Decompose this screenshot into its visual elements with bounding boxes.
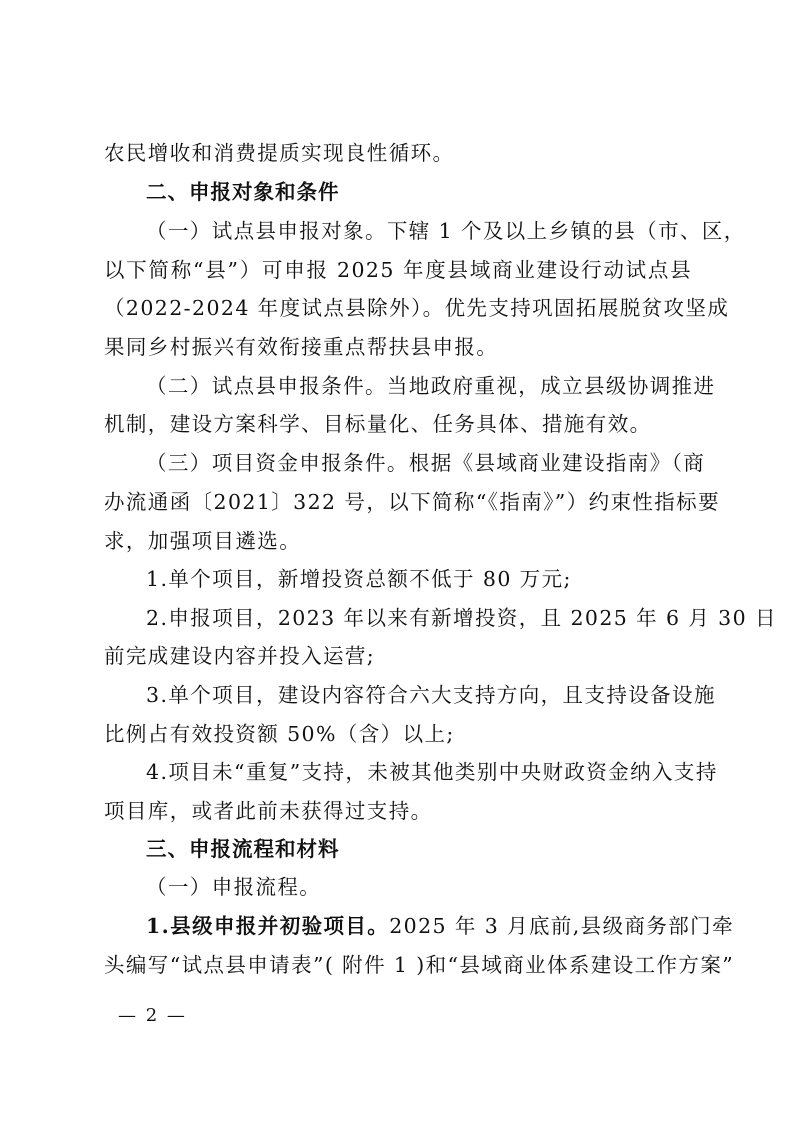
- list-item-4: 4.项目未“重复”支持，未被其他类别中央财政资金纳入支持: [146, 760, 692, 784]
- paragraph-line: （二）试点县申报条件。当地政府重视，成立县级协调推进: [146, 374, 692, 398]
- paragraph-line: 前完成建设内容并投入运营;: [104, 644, 692, 668]
- list-item-2: 2.申报项目，2023 年以来有新增投资，且 2025 年 6 月 30 日: [146, 606, 692, 630]
- paragraph-line: 以下简称“县”）可申报 2025 年度县域商业建设行动试点县: [104, 258, 692, 282]
- paragraph-line: 1.县级申报并初验项目。2025 年 3 月底前,县级商务部门牵: [146, 914, 692, 938]
- paragraph-line: 项目库，或者此前未获得过支持。: [104, 799, 692, 823]
- bold-lead: 1.县级申报并初验项目。: [146, 914, 389, 938]
- document-page: 农民增收和消费提质实现良性循环。 二、申报对象和条件 （一）试点县申报对象。下辖…: [0, 0, 793, 1122]
- paragraph-line: 求，加强项目遴选。: [104, 529, 692, 553]
- section-heading-2: 二、申报对象和条件: [146, 180, 734, 204]
- paragraph-line: 比例占有效投资额 50%（含）以上;: [104, 722, 692, 746]
- paragraph-line: 农民增收和消费提质实现良性循环。: [104, 141, 692, 165]
- paragraph-line: 办流通函〔2021〕322 号，以下简称“《指南》”）约束性指标要: [104, 490, 692, 514]
- paragraph-line: （一）试点县申报对象。下辖 1 个及以上乡镇的县（市、区，: [146, 219, 692, 243]
- paragraph-line: 机制，建设方案科学、目标量化、任务具体、措施有效。: [104, 412, 692, 436]
- paragraph-text: 2025 年 3 月底前,县级商务部门牵: [389, 914, 734, 938]
- paragraph-line: 头编写“试点县申请表”( 附件 1 )和“县域商业体系建设工作方案”: [104, 953, 692, 977]
- paragraph-line: （三）项目资金申报条件。根据《县域商业建设指南》（商: [146, 451, 692, 475]
- paragraph-line: （2022-2024 年度试点县除外）。优先支持巩固拓展脱贫攻坚成: [104, 296, 692, 320]
- subsection-heading: （一）申报流程。: [146, 875, 734, 899]
- paragraph-line: 果同乡村振兴有效衔接重点帮扶县申报。: [104, 335, 692, 359]
- page-number: — 2 —: [118, 1005, 187, 1026]
- list-item-3: 3.单个项目，建设内容符合六大支持方向，且支持设备设施: [146, 683, 692, 707]
- section-heading-3: 三、申报流程和材料: [146, 837, 734, 861]
- list-item-1: 1.单个项目，新增投资总额不低于 80 万元;: [146, 567, 734, 591]
